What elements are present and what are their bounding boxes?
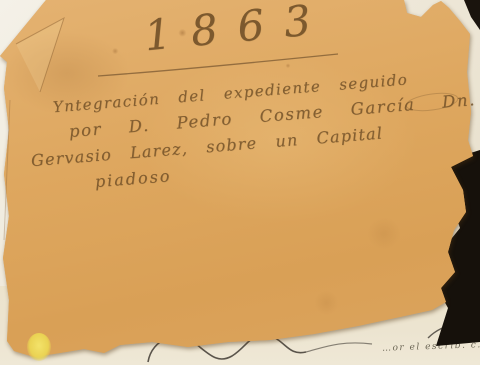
yellow-stain	[27, 333, 51, 361]
document-scan: …or el escrib. c… 1863 Yntegración del e…	[0, 0, 480, 365]
